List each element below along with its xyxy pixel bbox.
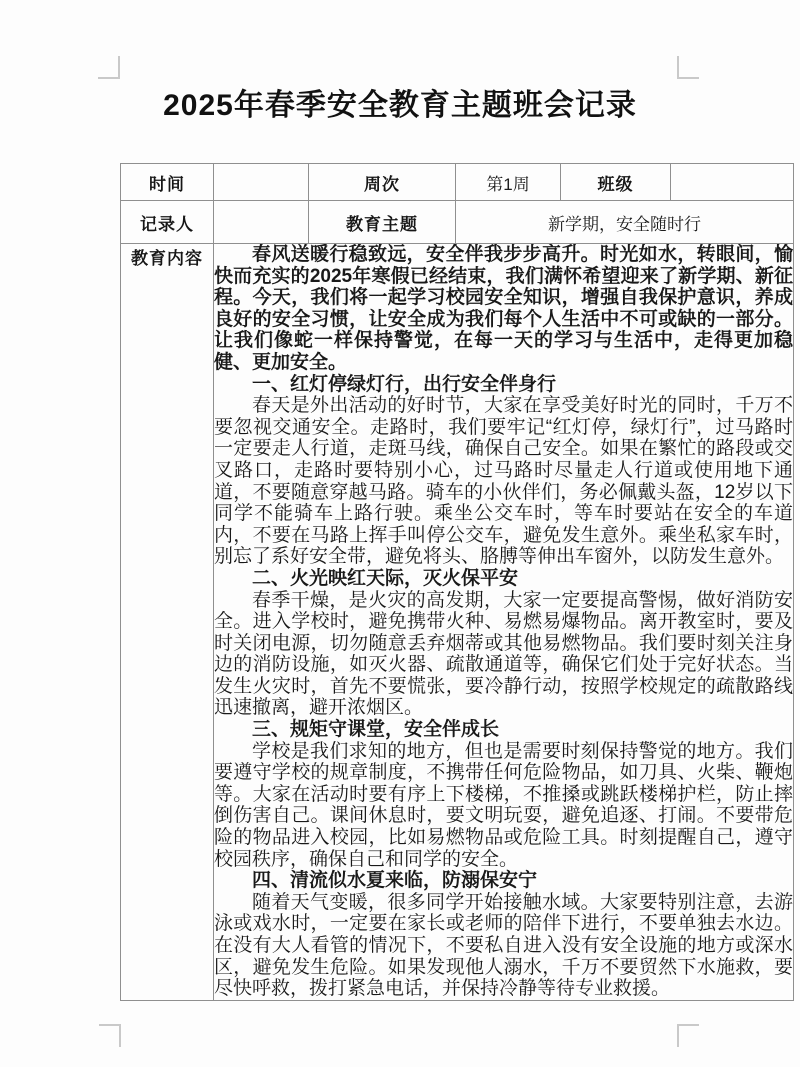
table-row: 记录人 教育主题 新学期，安全随时行 — [121, 201, 794, 244]
page-title: 2025年春季安全教育主题班会记录 — [0, 80, 800, 124]
theme-value: 新学期，安全随时行 — [456, 201, 794, 244]
section-3-heading: 三、规矩守课堂，安全伴成长 — [214, 719, 793, 741]
time-label: 时间 — [121, 164, 214, 201]
week-value: 第1周 — [456, 164, 561, 201]
table-row: 时间 周次 第1周 班级 — [121, 164, 794, 201]
section-1-heading: 一、红灯停绿灯行，出行安全伴身行 — [214, 374, 793, 396]
table-row: 教育内容 春风送暖行稳致远，安全伴我步步高升。时光如水，转眼间，愉快而充实的20… — [121, 244, 794, 1001]
section-4-body: 随着天气变暖，很多同学开始接触水域。大家要特别注意，去游泳或戏水时，一定要在家长… — [214, 892, 793, 1000]
week-label: 周次 — [309, 164, 456, 201]
section-1-body: 春天是外出活动的好时节，大家在享受美好时光的同时，千万不要忽视交通安全。走路时，… — [214, 395, 793, 568]
theme-label: 教育主题 — [309, 201, 456, 244]
recorder-label: 记录人 — [121, 201, 214, 244]
education-content: 春风送暖行稳致远，安全伴我步步高升。时光如水，转眼间，愉快而充实的2025年寒假… — [214, 244, 794, 1001]
intro-paragraph: 春风送暖行稳致远，安全伴我步步高升。时光如水，转眼间，愉快而充实的2025年寒假… — [214, 244, 793, 374]
margin-mark-bottom-right — [677, 1024, 699, 1047]
section-2-body: 春季干燥，是火灾的高发期，大家一定要提高警惕，做好消防安全。进入学校时，避免携带… — [214, 590, 793, 720]
margin-mark-top-left — [98, 56, 120, 79]
content-label: 教育内容 — [121, 244, 214, 1001]
document-page: { "page": { "title": "2025年春季安全教育主题班会记录"… — [0, 0, 800, 1067]
class-value-field[interactable] — [671, 164, 794, 201]
section-4-heading: 四、清流似水夏来临，防溺保安宁 — [214, 870, 793, 892]
class-meeting-record-table: 时间 周次 第1周 班级 记录人 教育主题 新学期，安全随时行 教育内容 春风送… — [120, 163, 794, 1001]
section-2-heading: 二、火光映红天际，灭火保平安 — [214, 568, 793, 590]
time-value-field[interactable] — [214, 164, 309, 201]
recorder-value-field[interactable] — [214, 201, 309, 244]
margin-mark-top-right — [677, 56, 699, 79]
section-3-body: 学校是我们求知的地方，但也是需要时刻保持警觉的地方。我们要遵守学校的规章制度，不… — [214, 741, 793, 871]
margin-mark-bottom-left — [99, 1024, 121, 1047]
class-label: 班级 — [561, 164, 671, 201]
